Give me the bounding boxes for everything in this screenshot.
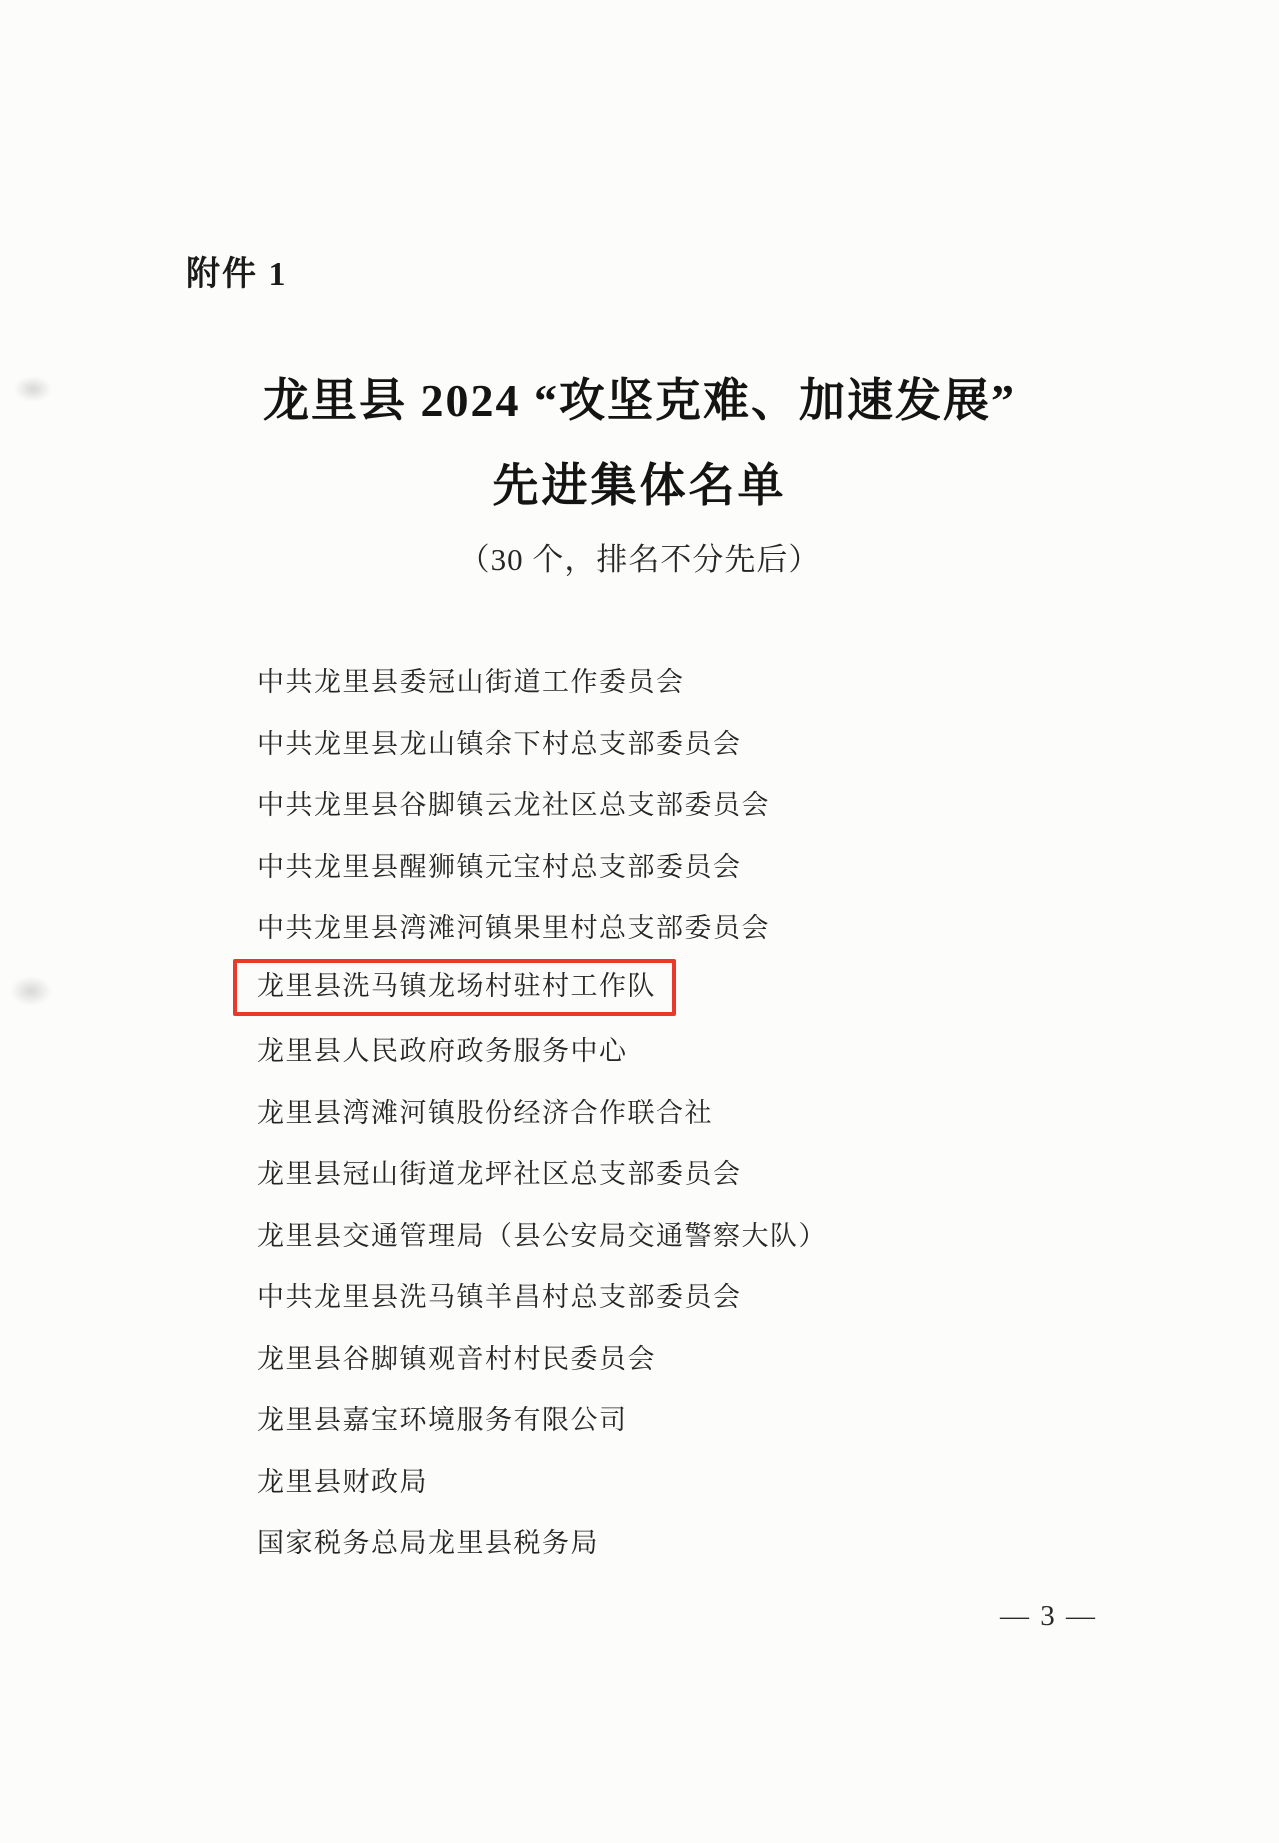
list-item-text: 中共龙里县醒狮镇元宝村总支部委员会 (257, 845, 742, 884)
page-number: — 3 — (1000, 1600, 1097, 1633)
list-item: 龙里县嘉宝环境服务有限公司 (257, 1387, 1157, 1449)
document-subtitle: （30 个，排名不分先后） (0, 534, 1279, 579)
scan-artifact (10, 976, 52, 1006)
advanced-collective-list: 中共龙里县委冠山街道工作委员会 中共龙里县龙山镇余下村总支部委员会 中共龙里县谷… (257, 649, 1157, 1572)
list-item: 龙里县谷脚镇观音村村民委员会 (257, 1326, 1157, 1388)
list-item-text: 中共龙里县洗马镇羊昌村总支部委员会 (257, 1275, 742, 1314)
list-item: 龙里县交通管理局（县公安局交通警察大队） (257, 1203, 1157, 1265)
list-item: 中共龙里县湾滩河镇果里村总支部委员会 (257, 895, 1157, 957)
list-item: 龙里县湾滩河镇股份经济合作联合社 (257, 1080, 1157, 1142)
list-item-text: 龙里县财政局 (257, 1460, 428, 1499)
list-item: 龙里县财政局 (257, 1449, 1157, 1511)
list-item: 中共龙里县委冠山街道工作委员会 (257, 649, 1157, 711)
list-item: 龙里县人民政府政务服务中心 (257, 1018, 1157, 1080)
list-item-text: 国家税务总局龙里县税务局 (257, 1521, 599, 1560)
list-item-text: 中共龙里县委冠山街道工作委员会 (257, 660, 685, 699)
list-item-text: 龙里县交通管理局（县公安局交通警察大队） (257, 1214, 827, 1253)
attachment-label: 附件 1 (186, 246, 288, 295)
list-item-highlighted: 龙里县洗马镇龙场村驻村工作队 (257, 957, 1157, 1019)
list-item: 中共龙里县洗马镇羊昌村总支部委员会 (257, 1264, 1157, 1326)
list-item-text: 龙里县人民政府政务服务中心 (257, 1029, 628, 1068)
list-item: 中共龙里县谷脚镇云龙社区总支部委员会 (257, 772, 1157, 834)
red-highlight-box: 龙里县洗马镇龙场村驻村工作队 (233, 959, 676, 1016)
list-item: 中共龙里县龙山镇余下村总支部委员会 (257, 711, 1157, 773)
document-page: 附件 1 龙里县 2024 “攻坚克难、加速发展” 先进集体名单 （30 个，排… (0, 0, 1279, 1843)
list-item: 龙里县冠山街道龙坪社区总支部委员会 (257, 1141, 1157, 1203)
list-item-text: 中共龙里县谷脚镇云龙社区总支部委员会 (257, 783, 770, 822)
document-title-line2: 先进集体名单 (0, 449, 1279, 515)
list-item-text: 中共龙里县湾滩河镇果里村总支部委员会 (257, 906, 770, 945)
list-item-text: 龙里县谷脚镇观音村村民委员会 (257, 1337, 656, 1376)
list-item-text: 龙里县洗马镇龙场村驻村工作队 (257, 971, 656, 1001)
list-item-text: 龙里县嘉宝环境服务有限公司 (257, 1398, 628, 1437)
list-item-text: 龙里县冠山街道龙坪社区总支部委员会 (257, 1152, 742, 1191)
list-item-text: 龙里县湾滩河镇股份经济合作联合社 (257, 1091, 713, 1130)
list-item-text: 中共龙里县龙山镇余下村总支部委员会 (257, 722, 742, 761)
list-item: 国家税务总局龙里县税务局 (257, 1510, 1157, 1572)
list-item: 中共龙里县醒狮镇元宝村总支部委员会 (257, 834, 1157, 896)
document-title-line1: 龙里县 2024 “攻坚克难、加速发展” (0, 364, 1279, 430)
